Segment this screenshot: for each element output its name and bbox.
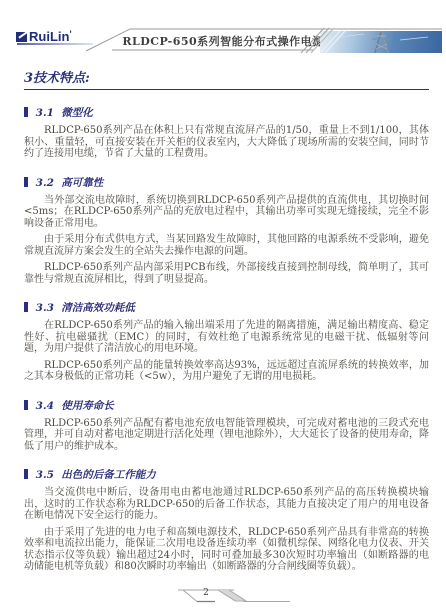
- page-header: RuiLin' RLDCP-650系列智能分布式操作电源: [0, 0, 446, 58]
- page-title: 3技术特点:: [24, 67, 429, 90]
- section-number: 3.4: [36, 400, 54, 412]
- section-marker-icon: [24, 177, 28, 187]
- section-3-3: 3.3 清洁高效功耗低 在RLDCP-650系列产品的输入输出端采用了先进的隔离…: [24, 300, 429, 383]
- section-title: 微型化: [61, 107, 93, 119]
- section-heading: 3.5 出色的后备工作能力: [24, 467, 429, 482]
- section-title: 高可靠性: [61, 177, 103, 189]
- paragraph: 在RLDCP-650系列产品的输入输出端采用了先进的隔离措施，满足输出精度高、稳…: [24, 320, 429, 355]
- document-page: RuiLin' RLDCP-650系列智能分布式操作电源: [0, 0, 446, 573]
- section-3-5: 3.5 出色的后备工作能力 当交流供电中断后，设备用电由蓄电池通过RLDCP-6…: [24, 467, 429, 573]
- header-slash-marks: [0, 0, 446, 58]
- section-heading: 3.2 高可靠性: [24, 175, 429, 190]
- section-heading: 3.3 清洁高效功耗低: [24, 300, 429, 315]
- paragraph: 由于采用分布式供电方式，当某回路发生故障时，其他回路的电源系统不受影响，避免常规…: [24, 234, 429, 257]
- section-3-1: 3.1 微型化 RLDCP-650系列产品在体积上只有常规直流屏产品的1/50，…: [24, 105, 429, 160]
- section-number: 3.1: [36, 107, 54, 119]
- paragraph: 当外部交流电故障时，系统切换到RLDCP-650系列产品提供的直流供电，其切换时…: [24, 195, 429, 230]
- section-marker-icon: [24, 302, 28, 312]
- section-number: 3.2: [36, 177, 54, 189]
- section-3-2: 3.2 高可靠性 当外部交流电故障时，系统切换到RLDCP-650系列产品提供的…: [24, 175, 429, 286]
- section-marker-icon: [24, 107, 28, 117]
- section-3-4: 3.4 使用寿命长 RLDCP-650系列产品配有蓄电池充放电智能管理模块，可完…: [24, 398, 429, 453]
- page-number: 2: [196, 588, 216, 598]
- section-heading: 3.1 微型化: [24, 105, 429, 120]
- section-title: 使用寿命长: [61, 400, 114, 412]
- paragraph: 由于采用了先进的电力电子和高频电源技术，RLDCP-650系列产品具有非常高的转…: [24, 527, 429, 573]
- paragraph: RLDCP-650系列产品的能量转换效率高达93%，远远超过直流屏系统的转换效率…: [24, 360, 429, 383]
- section-number: 3.5: [36, 469, 54, 481]
- section-heading: 3.4 使用寿命长: [24, 398, 429, 413]
- paragraph: RLDCP-650系列产品在体积上只有常规直流屏产品的1/50，重量上不到1/1…: [24, 125, 429, 160]
- section-title: 清洁高效功耗低: [61, 302, 135, 314]
- document-body: 3技术特点: 3.1 微型化 RLDCP-650系列产品在体积上只有常规直流屏产…: [0, 67, 446, 573]
- page-footer: 2: [0, 585, 446, 607]
- paragraph: 当交流供电中断后，设备用电由蓄电池通过RLDCP-650系列产品的高压转换模块输…: [24, 487, 429, 522]
- section-number: 3.3: [36, 302, 54, 314]
- paragraph: RLDCP-650系列产品配有蓄电池充放电智能管理模块，可完成对蓄电池的三段式充…: [24, 418, 429, 453]
- section-title: 出色的后备工作能力: [61, 469, 156, 481]
- section-marker-icon: [24, 469, 28, 479]
- page-number-ribbon: [0, 585, 446, 607]
- section-marker-icon: [24, 400, 28, 410]
- paragraph: RLDCP-650系列产品内部采用PCB布线，外部接线直接到控制母线，简单明了，…: [24, 262, 429, 285]
